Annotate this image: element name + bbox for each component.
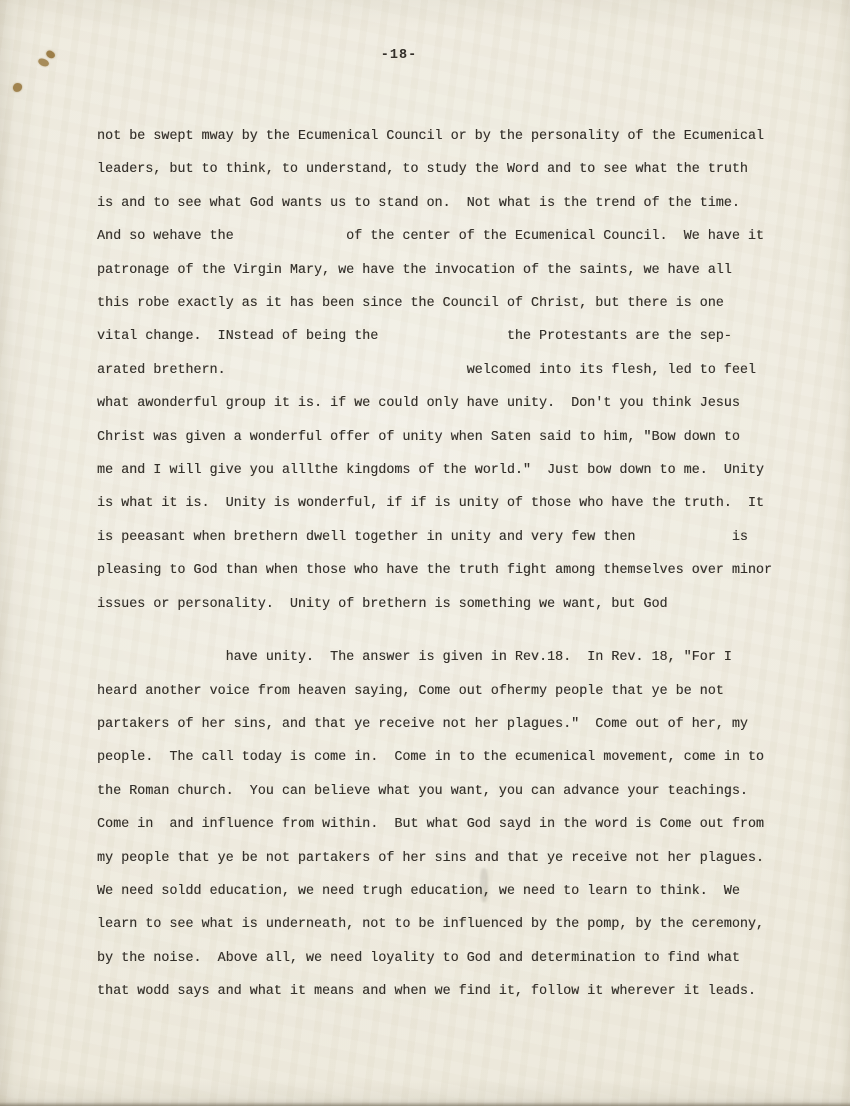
page-bottom-edge	[0, 1102, 850, 1106]
paragraph-1: not be swept mway by the Ecumenical Coun…	[97, 120, 797, 621]
document-page: -18- not be swept mway by the Ecumenical…	[0, 0, 850, 1106]
staple-rust-mark	[12, 82, 22, 92]
paragraph-2: have unity. The answer is given in Rev.1…	[97, 641, 797, 1008]
document-body: not be swept mway by the Ecumenical Coun…	[97, 120, 797, 1009]
page-number: -18-	[0, 48, 824, 63]
